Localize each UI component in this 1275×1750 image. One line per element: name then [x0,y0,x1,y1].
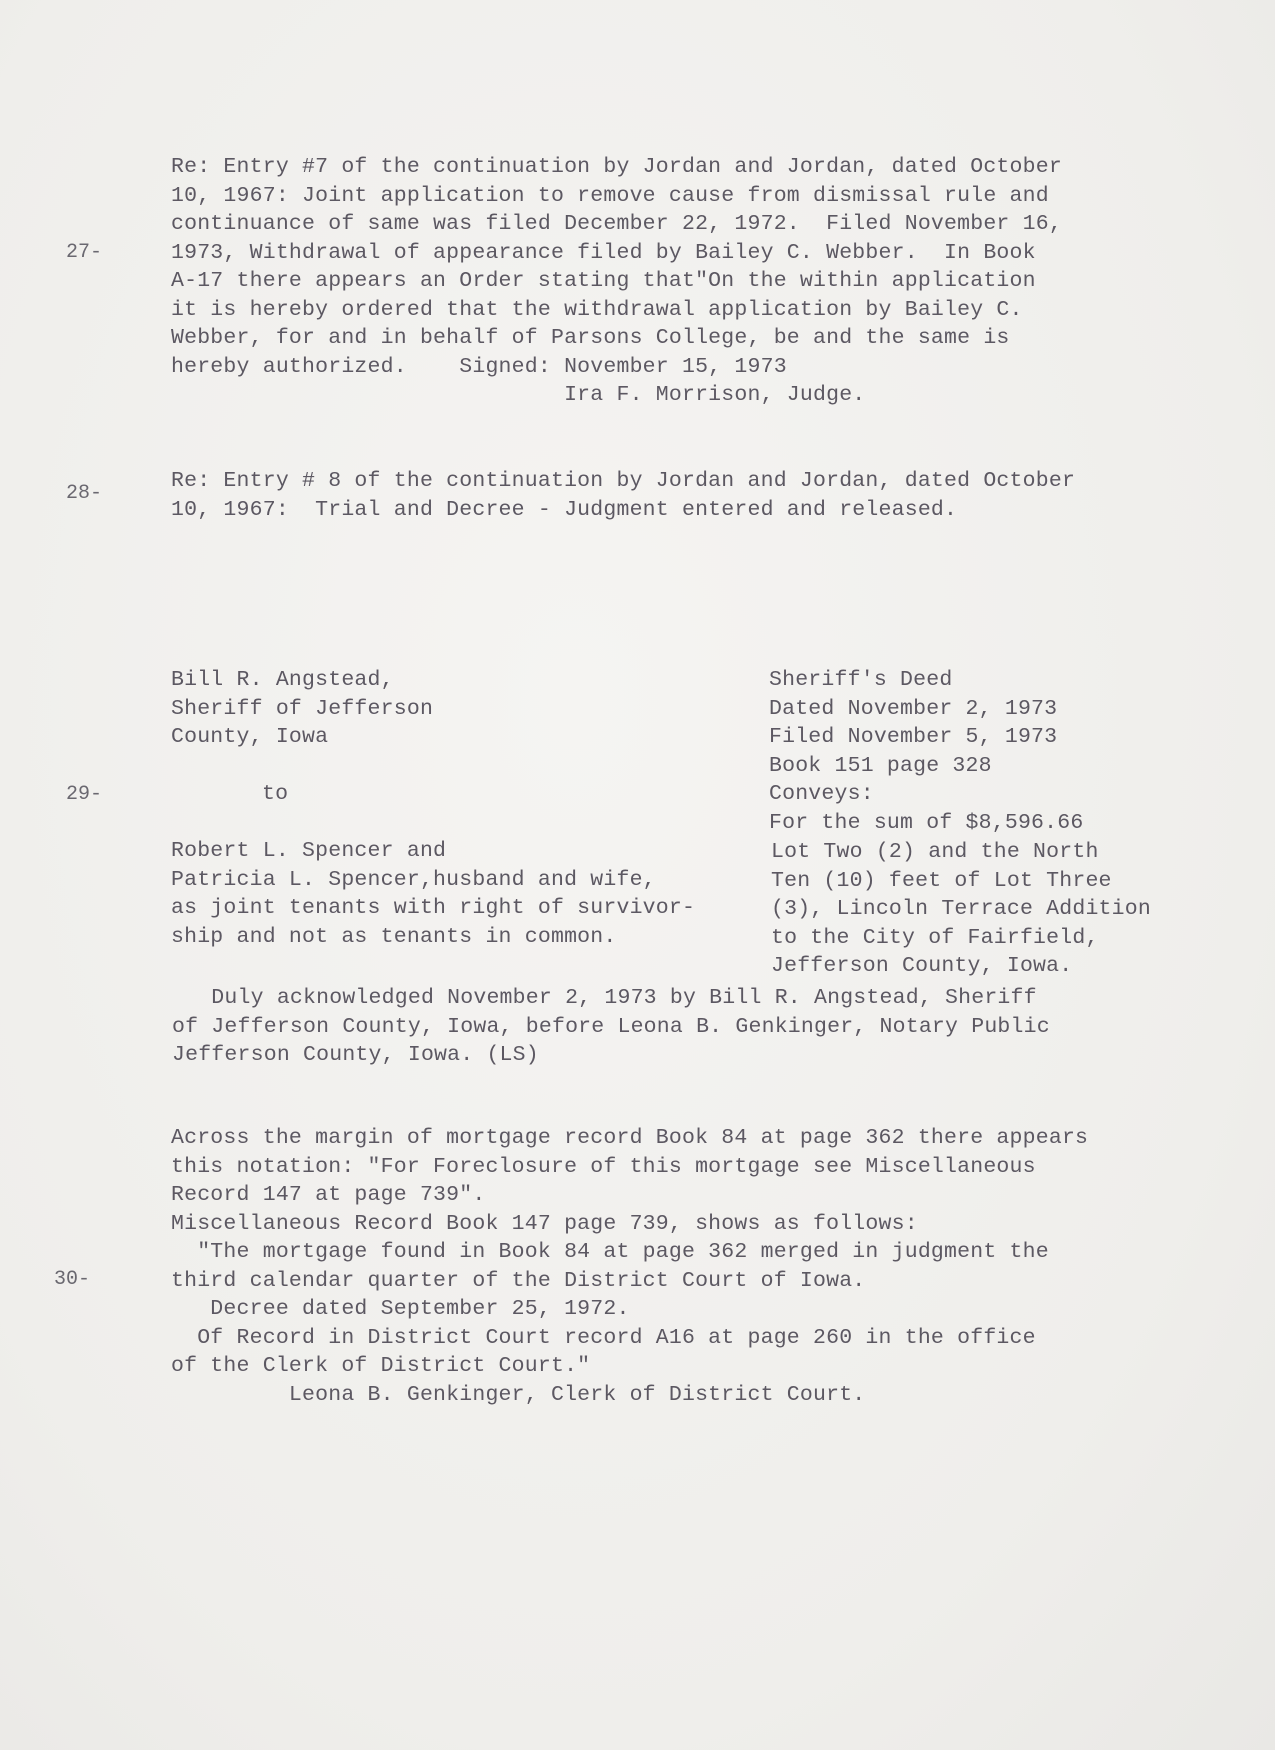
entry-30-line: Across the margin of mortgage record Boo… [171,1124,1088,1153]
instrument-book-page: Book 151 page 328 [769,752,1083,781]
entry-27-line: it is hereby ordered that the withdrawal… [171,296,1062,325]
legal-description-line: Jefferson County, Iowa. [771,952,1151,981]
entry-27-line: hereby authorized. Signed: November 15, … [171,353,1062,382]
entry-28-line: Re: Entry # 8 of the continuation by Jor… [171,467,1075,496]
entry-27-line: continuance of same was filed December 2… [171,210,1062,239]
entry-28-line: 10, 1967: Trial and Decree - Judgment en… [171,496,1075,525]
legal-description-line: (3), Lincoln Terrace Addition [771,895,1151,924]
legal-description-line: to the City of Fairfield, [771,924,1151,953]
entry-27-text: Re: Entry #7 of the continuation by Jord… [171,153,1062,410]
connector-to: to [262,780,288,809]
entry-number-29: 29- [66,781,102,809]
grantee-line: as joint tenants with right of survivor- [171,894,695,923]
entry-30-line: of the Clerk of District Court." [171,1352,1088,1381]
grantor-line: Bill R. Angstead, [171,666,433,695]
instrument-sum: For the sum of $8,596.66 [769,809,1083,838]
entry-number-30: 30- [54,1266,90,1294]
entry-30-line: this notation: "For Foreclosure of this … [171,1153,1088,1182]
instrument-type: Sheriff's Deed [769,666,1083,695]
entry-30-line: "The mortgage found in Book 84 at page 3… [171,1238,1088,1267]
acknowledgment: Duly acknowledged November 2, 1973 by Bi… [172,984,1050,1070]
grantee-line: ship and not as tenants in common. [171,923,695,952]
legal-description-line: Lot Two (2) and the North [771,838,1151,867]
entry-30-line: third calendar quarter of the District C… [171,1267,1088,1296]
entry-27-line: Webber, for and in behalf of Parsons Col… [171,324,1062,353]
entry-30-line: Miscellaneous Record Book 147 page 739, … [171,1210,1088,1239]
legal-description: Lot Two (2) and the North Ten (10) feet … [771,838,1151,981]
entry-27-line: Re: Entry #7 of the continuation by Jord… [171,153,1062,182]
entry-number-28: 28- [66,480,102,508]
entry-27-line: 10, 1967: Joint application to remove ca… [171,182,1062,211]
instrument-details: Sheriff's Deed Dated November 2, 1973 Fi… [769,666,1083,837]
entry-number-27: 27- [66,239,102,267]
grantor-line: Sheriff of Jefferson [171,695,433,724]
grantor: Bill R. Angstead, Sheriff of Jefferson C… [171,666,433,752]
document-page: 27- Re: Entry #7 of the continuation by … [0,0,1275,1750]
entry-27-line: A-17 there appears an Order stating that… [171,267,1062,296]
entry-30-line: Of Record in District Court record A16 a… [171,1324,1088,1353]
entry-30-line: Record 147 at page 739". [171,1181,1088,1210]
judge-signature: Ira F. Morrison, Judge. [171,381,1062,410]
acknowledgment-line: Jefferson County, Iowa. (LS) [172,1041,1050,1070]
clerk-signature: Leona B. Genkinger, Clerk of District Co… [171,1381,1088,1410]
legal-description-line: Ten (10) feet of Lot Three [771,867,1151,896]
grantee-line: Robert L. Spencer and [171,837,695,866]
grantor-line: County, Iowa [171,723,433,752]
instrument-dated: Dated November 2, 1973 [769,695,1083,724]
grantee: Robert L. Spencer and Patricia L. Spence… [171,837,695,951]
instrument-conveys: Conveys: [769,780,1083,809]
grantee-line: Patricia L. Spencer,husband and wife, [171,866,695,895]
entry-30-line: Decree dated September 25, 1972. [171,1295,1088,1324]
entry-28-text: Re: Entry # 8 of the continuation by Jor… [171,467,1075,524]
acknowledgment-line: of Jefferson County, Iowa, before Leona … [172,1013,1050,1042]
entry-30-text: Across the margin of mortgage record Boo… [171,1124,1088,1409]
acknowledgment-line: Duly acknowledged November 2, 1973 by Bi… [172,984,1050,1013]
instrument-filed: Filed November 5, 1973 [769,723,1083,752]
entry-27-line: 1973, Withdrawal of appearance filed by … [171,239,1062,268]
